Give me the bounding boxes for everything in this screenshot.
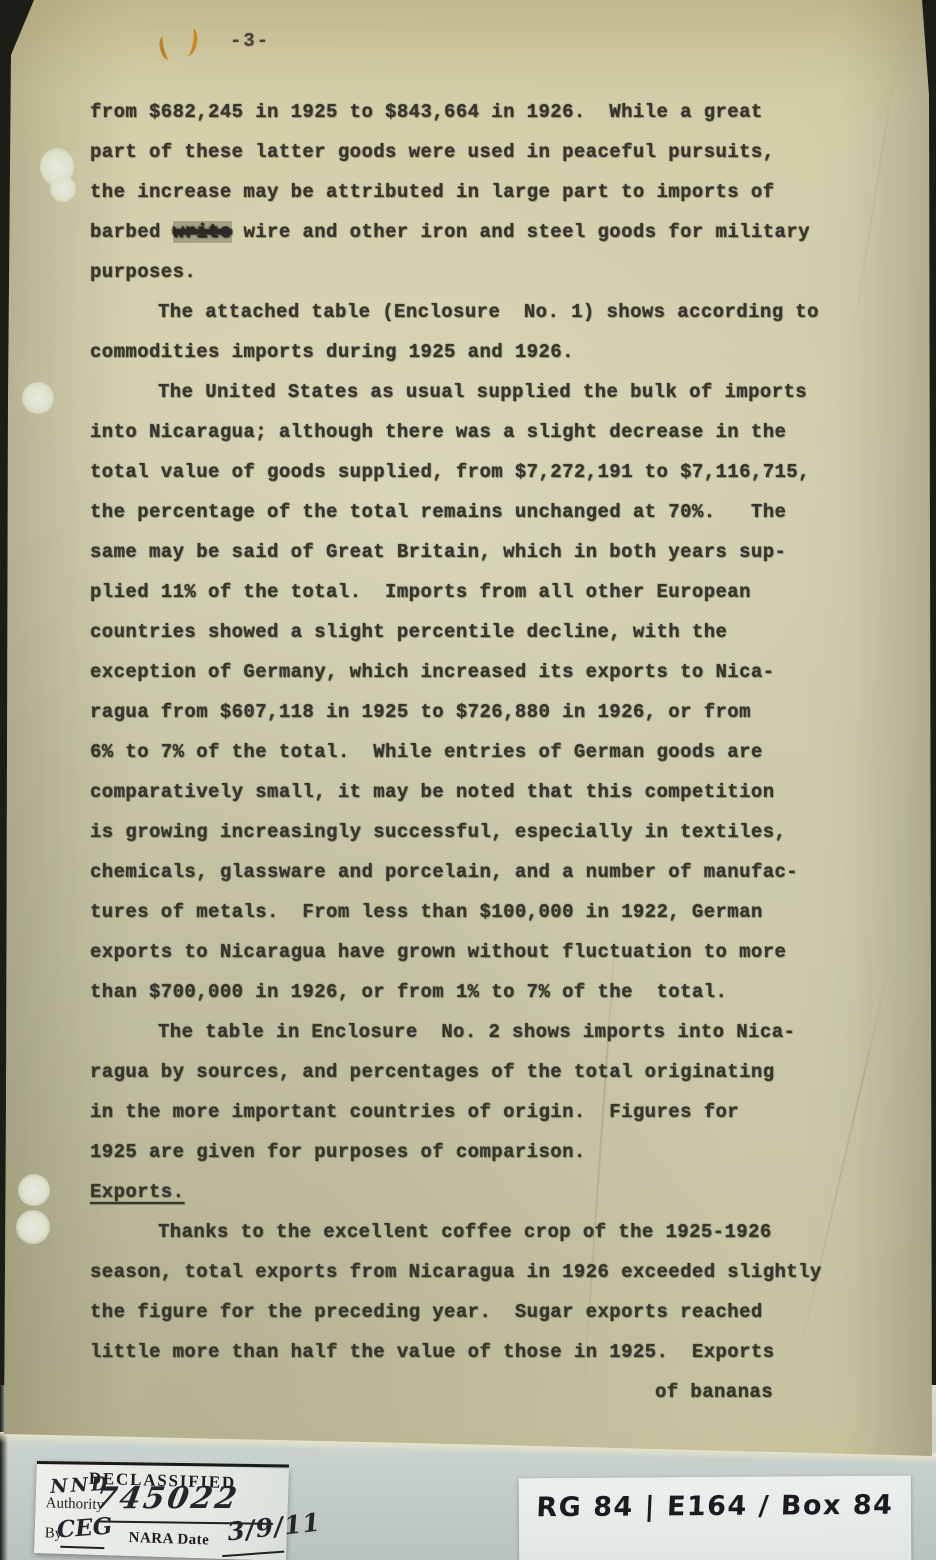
typed-line: plied 11% of the total. Imports from all… [90,572,836,612]
typed-line-text: exports to Nicaragua have grown without … [90,941,786,963]
typed-line: comparatively small, it may be noted tha… [90,772,836,812]
typed-line: purposes. [90,252,836,292]
typed-line-text: is growing increasingly successful, espe… [90,821,786,843]
typed-line-text: of bananas [655,1381,773,1403]
typed-line: The attached table (Enclosure No. 1) sho… [90,292,836,332]
typed-line-text: into Nicaragua; although there was a sli… [90,421,786,443]
typed-line: season, total exports from Nicaragua in … [90,1252,836,1292]
page-number: -3- [230,30,270,52]
typed-line: barbed write wire and other iron and ste… [90,212,836,252]
typed-line-text: 6% to 7% of the total. While entries of … [90,741,763,763]
typed-line: part of these latter goods were used in … [90,132,836,172]
typed-line-text: part of these latter goods were used in … [90,141,775,163]
typed-line: in the more important countries of origi… [90,1092,836,1132]
typed-line: exports to Nicaragua have grown without … [90,932,836,972]
typed-line: The table in Enclosure No. 2 shows impor… [90,1012,836,1052]
typed-line: ragua from $607,118 in 1925 to $726,880 … [90,692,836,732]
typed-line: of bananas [90,1372,836,1412]
typed-line-text: ragua from $607,118 in 1925 to $726,880 … [90,701,751,723]
punch-hole [22,382,54,414]
archive-reference-text: RG 84 | E164 / Box 84 [518,1490,911,1524]
typed-text-block: from $682,245 in 1925 to $843,664 in 192… [90,92,836,1412]
by-initials-handwritten: CEG [56,1513,113,1544]
typed-line-text: purposes. [90,261,196,283]
typed-line: 6% to 7% of the total. While entries of … [90,732,836,772]
typed-line-text: total value of goods supplied, from $7,2… [90,461,810,483]
typed-line: The United States as usual supplied the … [90,372,836,412]
typed-line: the figure for the preceding year. Sugar… [90,1292,836,1332]
typed-line-text: the increase may be attributed in large … [90,181,775,203]
declassified-stamp-slip: DECLASSIFIED Authority NND 745022 By CEG… [34,1461,289,1560]
typed-line-text: barbed [90,221,173,243]
stamp-rule-line [60,1546,104,1549]
struck-out-word: write [173,221,232,243]
archive-reference-slip: RG 84 | E164 / Box 84 [519,1476,912,1560]
typed-line: countries showed a slight percentile dec… [90,612,836,652]
typed-line-text: Thanks to the excellent coffee crop of t… [158,1221,772,1243]
typed-line-text: the percentage of the total remains unch… [90,501,786,523]
rust-stain-mark [157,35,174,61]
typed-line: tures of metals. From less than $100,000… [90,892,836,932]
typed-line-text: season, total exports from Nicaragua in … [90,1261,822,1283]
typed-line-text: plied 11% of the total. Imports from all… [90,581,751,603]
authority-number-handwritten: 745022 [93,1481,242,1517]
typed-line-text: commodities imports during 1925 and 1926… [90,341,574,363]
typed-line: than $700,000 in 1926, or from 1% to 7% … [90,972,836,1012]
typed-line-text: than $700,000 in 1926, or from 1% to 7% … [90,981,727,1003]
typed-line: chemicals, glassware and porcelain, and … [90,852,836,892]
typed-line-text: wire and other iron and steel goods for … [232,221,810,243]
typed-line: from $682,245 in 1925 to $843,664 in 192… [90,92,836,132]
typed-line-text: comparatively small, it may be noted tha… [90,781,775,803]
typed-line-text: The table in Enclosure No. 2 shows impor… [158,1021,795,1043]
typed-line: the percentage of the total remains unch… [90,492,836,532]
stamp-rule-line [222,1551,284,1558]
paper-crease [849,62,898,359]
typed-line-text: same may be said of Great Britain, which… [90,541,786,563]
typed-line: Thanks to the excellent coffee crop of t… [90,1212,836,1252]
typed-line: exception of Germany, which increased it… [90,652,836,692]
rust-stain-mark [181,27,200,57]
typed-line-text: ragua by sources, and percentages of the… [90,1061,775,1083]
punch-hole [16,1210,50,1244]
nara-date-label: NARA Date [128,1530,209,1550]
typed-line-text: the figure for the preceding year. Sugar… [90,1301,763,1323]
typed-line-text: Exports. [90,1181,184,1203]
typed-line: into Nicaragua; although there was a sli… [90,412,836,452]
typed-line-text: little more than half the value of those… [90,1341,775,1363]
typed-line: ragua by sources, and percentages of the… [90,1052,836,1092]
typed-line-text: The United States as usual supplied the … [158,381,807,403]
typed-line-text: The attached table (Enclosure No. 1) sho… [158,301,819,323]
typed-line-text: in the more important countries of origi… [90,1101,739,1123]
typed-line-text: from $682,245 in 1925 to $843,664 in 192… [90,101,763,123]
typed-line: same may be said of Great Britain, which… [90,532,836,572]
typewritten-page: -3- from $682,245 in 1925 to $843,664 in… [0,0,936,1560]
typed-line: commodities imports during 1925 and 1926… [90,332,836,372]
typed-line: little more than half the value of those… [90,1332,836,1372]
typed-line-text: exception of Germany, which increased it… [90,661,775,683]
typed-line-text: tures of metals. From less than $100,000… [90,901,763,923]
typed-line-text: 1925 are given for purposes of compariso… [90,1141,586,1163]
typed-line-text: chemicals, glassware and porcelain, and … [90,861,798,883]
punch-hole [50,176,76,202]
typed-line: is growing increasingly successful, espe… [90,812,836,852]
typed-line-text: countries showed a slight percentile dec… [90,621,727,643]
punch-hole [18,1174,50,1206]
typed-line: the increase may be attributed in large … [90,172,836,212]
typed-line: total value of goods supplied, from $7,2… [90,452,836,492]
typed-line: Exports. [90,1172,836,1212]
typed-line: 1925 are given for purposes of compariso… [90,1132,836,1172]
